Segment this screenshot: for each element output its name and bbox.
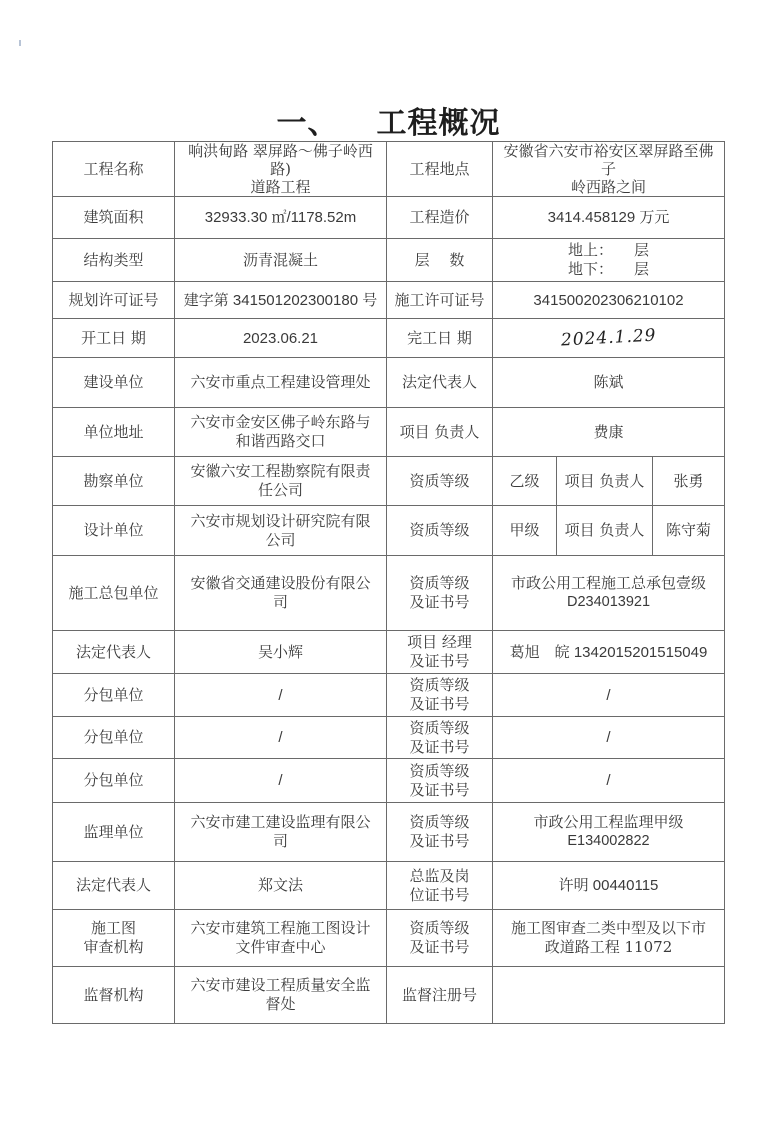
value-structure-type: 沥青混凝土	[175, 239, 387, 282]
table-row: 设计单位 六安市规划设计研究院有限公司 资质等级 甲级 项目 负责人 陈守菊	[53, 506, 725, 556]
label-floors: 层 数	[387, 239, 493, 282]
table-row: 分包单位 / 资质等级及证书号 /	[53, 759, 725, 803]
value-unit-address: 六安市金安区佛子岭东路与和谐西路交口	[175, 408, 387, 457]
label-survey-unit: 勘察单位	[53, 457, 175, 506]
line: 市政公用工程施工总承包壹级	[497, 574, 720, 593]
label-legal-rep: 法定代表人	[387, 358, 493, 408]
line: 安徽六安工程勘察院有限责	[179, 462, 382, 481]
table-row: 规划许可证号 建字第 341501202300180 号 施工许可证号 3415…	[53, 282, 725, 319]
label-project-name: 工程名称	[53, 142, 175, 197]
line: 资质等级	[391, 719, 488, 738]
line: 资质等级	[391, 676, 488, 695]
line: 公司	[179, 531, 382, 550]
page-title: 一、工程概况	[0, 98, 777, 142]
value-project-lead: 费康	[493, 408, 725, 457]
value-drawing-review-agency: 六安市建筑工程施工图设计文件审查中心	[175, 910, 387, 967]
floors-above-label: 地上：	[568, 241, 634, 260]
label-building-area: 建筑面积	[53, 197, 175, 239]
table-row: 建筑面积 32933.30 ㎡/1178.52m 工程造价 3414.45812…	[53, 197, 725, 239]
value-general-contractor: 安徽省交通建设股份有限公司	[175, 556, 387, 631]
value-supervision-legal-rep: 郑文法	[175, 862, 387, 910]
line: 响洪甸路 翠屏路～佛子岭西路)	[179, 142, 382, 178]
table-row: 监理单位 六安市建工建设监理有限公司 资质等级及证书号 市政公用工程监理甲级E1…	[53, 803, 725, 862]
line: 及证书号	[391, 938, 488, 957]
value-owner-unit: 六安市重点工程建设管理处	[175, 358, 387, 408]
label-project-manager-cert: 项目 经理及证书号	[387, 631, 493, 674]
line: 六安市建筑工程施工图设计	[179, 919, 382, 938]
value-construction-permit: 341500202306210102	[493, 282, 725, 319]
label-completion-date: 完工日 期	[387, 319, 493, 358]
line: 和谐西路交口	[179, 432, 382, 451]
label-legal-rep: 法定代表人	[53, 631, 175, 674]
handwritten-date: 2024.1.29	[560, 326, 656, 350]
line: 位证书号	[391, 886, 488, 905]
section-title: 工程概况	[377, 106, 501, 141]
scan-artifact	[19, 40, 21, 46]
value-contractor-legal-rep: 吴小辉	[175, 631, 387, 674]
line: 资质等级	[391, 574, 488, 593]
value-project-name: 响洪甸路 翠屏路～佛子岭西路)道路工程	[175, 142, 387, 197]
value-floors: 地上：层 地下：层	[493, 239, 725, 282]
value-project-location: 安徽省六安市裕安区翠屏路至佛子岭西路之间	[493, 142, 725, 197]
value-review-qualification: 施工图审查二类中型及以下市政道路工程 11072	[493, 910, 725, 967]
line: E134002822	[497, 832, 720, 851]
value-completion-date: 2024.1.29	[493, 319, 725, 358]
line: 安徽省交通建设股份有限公	[179, 574, 382, 593]
label-structure-type: 结构类型	[53, 239, 175, 282]
line: 总监及岗	[391, 867, 488, 886]
line: 政道路工程 11072	[497, 938, 720, 957]
line: 及证书号	[391, 738, 488, 757]
line: 资质等级	[391, 919, 488, 938]
value-survey-grade: 乙级	[493, 457, 557, 506]
label-qualification-cert: 资质等级及证书号	[387, 717, 493, 759]
line: 及证书号	[391, 781, 488, 800]
value-project-manager-cert: 葛旭 皖 1342015201515049	[493, 631, 725, 674]
value-planning-permit: 建字第 341501202300180 号	[175, 282, 387, 319]
value-legal-rep: 陈斌	[493, 358, 725, 408]
line: 文件审查中心	[179, 938, 382, 957]
line: 司	[179, 832, 382, 851]
label-design-lead: 项目 负责人	[557, 506, 653, 556]
table-row: 单位地址 六安市金安区佛子岭东路与和谐西路交口 项目 负责人 费康	[53, 408, 725, 457]
line: 项目 经理	[391, 633, 488, 652]
value-subcontractor-qualification: /	[493, 674, 725, 717]
line: 六安市金安区佛子岭东路与	[179, 413, 382, 432]
line: 及证书号	[391, 652, 488, 671]
table-row: 法定代表人 吴小辉 项目 经理及证书号 葛旭 皖 134201520151504…	[53, 631, 725, 674]
table-row: 勘察单位 安徽六安工程勘察院有限责任公司 资质等级 乙级 项目 负责人 张勇	[53, 457, 725, 506]
line: 六安市规划设计研究院有限	[179, 512, 382, 531]
table-row: 施工图审查机构 六安市建筑工程施工图设计文件审查中心 资质等级及证书号 施工图审…	[53, 910, 725, 967]
label-qualification: 资质等级	[387, 506, 493, 556]
label-start-date: 开工日 期	[53, 319, 175, 358]
label-supervision-reg-no: 监督注册号	[387, 967, 493, 1024]
value-survey-lead: 张勇	[653, 457, 725, 506]
table-row: 建设单位 六安市重点工程建设管理处 法定代表人 陈斌	[53, 358, 725, 408]
value-design-grade: 甲级	[493, 506, 557, 556]
value-design-lead: 陈守菊	[653, 506, 725, 556]
label-qualification: 资质等级	[387, 457, 493, 506]
label-project-cost: 工程造价	[387, 197, 493, 239]
line: 及证书号	[391, 695, 488, 714]
label-qualification-cert: 资质等级及证书号	[387, 556, 493, 631]
label-general-contractor: 施工总包单位	[53, 556, 175, 631]
label-owner-unit: 建设单位	[53, 358, 175, 408]
line: 资质等级	[391, 762, 488, 781]
label-supervision-unit: 监理单位	[53, 803, 175, 862]
line: 道路工程	[179, 178, 382, 196]
value-start-date: 2023.06.21	[175, 319, 387, 358]
line: 及证书号	[391, 832, 488, 851]
value-project-cost: 3414.458129 万元	[493, 197, 725, 239]
floors-above-unit: 层	[634, 241, 649, 259]
table-row: 结构类型 沥青混凝土 层 数 地上：层 地下：层	[53, 239, 725, 282]
label-qualification-cert: 资质等级及证书号	[387, 910, 493, 967]
label-design-unit: 设计单位	[53, 506, 175, 556]
value-subcontractor-qualification: /	[493, 717, 725, 759]
line: 六安市建工建设监理有限公	[179, 813, 382, 832]
line: 安徽省六安市裕安区翠屏路至佛子	[497, 142, 720, 178]
table-row: 监督机构 六安市建设工程质量安全监督处 监督注册号	[53, 967, 725, 1024]
line: 审查机构	[57, 938, 170, 957]
table-row: 法定代表人 郑文法 总监及岗位证书号 许明 00440115	[53, 862, 725, 910]
label-subcontractor: 分包单位	[53, 717, 175, 759]
table-row: 工程名称 响洪甸路 翠屏路～佛子岭西路)道路工程 工程地点 安徽省六安市裕安区翠…	[53, 142, 725, 197]
line: 施工图	[57, 919, 170, 938]
label-unit-address: 单位地址	[53, 408, 175, 457]
value-supervision-qualification: 市政公用工程监理甲级E134002822	[493, 803, 725, 862]
table-row: 分包单位 / 资质等级及证书号 /	[53, 674, 725, 717]
value-building-area: 32933.30 ㎡/1178.52m	[175, 197, 387, 239]
label-construction-permit: 施工许可证号	[387, 282, 493, 319]
value-supervision-unit: 六安市建工建设监理有限公司	[175, 803, 387, 862]
value-subcontractor: /	[175, 717, 387, 759]
line: 六安市建设工程质量安全监	[179, 976, 382, 995]
line: 施工图审查二类中型及以下市	[497, 919, 720, 938]
label-planning-permit: 规划许可证号	[53, 282, 175, 319]
label-subcontractor: 分包单位	[53, 674, 175, 717]
label-project-location: 工程地点	[387, 142, 493, 197]
table-row: 施工总包单位 安徽省交通建设股份有限公司 资质等级及证书号 市政公用工程施工总承…	[53, 556, 725, 631]
value-subcontractor: /	[175, 759, 387, 803]
table-row: 分包单位 / 资质等级及证书号 /	[53, 717, 725, 759]
label-supervision-agency: 监督机构	[53, 967, 175, 1024]
line: 任公司	[179, 481, 382, 500]
label-legal-rep: 法定代表人	[53, 862, 175, 910]
label-qualification-cert: 资质等级及证书号	[387, 674, 493, 717]
label-subcontractor: 分包单位	[53, 759, 175, 803]
section-number: 一、	[277, 106, 339, 141]
label-qualification-cert: 资质等级及证书号	[387, 759, 493, 803]
line: D234013921	[497, 593, 720, 612]
label-survey-lead: 项目 负责人	[557, 457, 653, 506]
project-overview-table: 工程名称 响洪甸路 翠屏路～佛子岭西路)道路工程 工程地点 安徽省六安市裕安区翠…	[52, 141, 725, 1024]
line: 督处	[179, 995, 382, 1014]
value-supervision-agency: 六安市建设工程质量安全监督处	[175, 967, 387, 1024]
label-qualification-cert: 资质等级及证书号	[387, 803, 493, 862]
value-design-unit: 六安市规划设计研究院有限公司	[175, 506, 387, 556]
value-subcontractor-qualification: /	[493, 759, 725, 803]
label-project-lead: 项目 负责人	[387, 408, 493, 457]
line: 市政公用工程监理甲级	[497, 813, 720, 832]
value-survey-unit: 安徽六安工程勘察院有限责任公司	[175, 457, 387, 506]
value-chief-supervisor-cert: 许明 00440115	[493, 862, 725, 910]
value-contractor-qualification: 市政公用工程施工总承包壹级D234013921	[493, 556, 725, 631]
value-supervision-reg-no	[493, 967, 725, 1024]
line: 及证书号	[391, 593, 488, 612]
label-chief-supervisor-cert: 总监及岗位证书号	[387, 862, 493, 910]
floors-below-label: 地下：	[568, 260, 634, 279]
label-drawing-review-agency: 施工图审查机构	[53, 910, 175, 967]
value-subcontractor: /	[175, 674, 387, 717]
floors-below-unit: 层	[634, 260, 649, 278]
line: 司	[179, 593, 382, 612]
line: 资质等级	[391, 813, 488, 832]
line: 岭西路之间	[497, 178, 720, 196]
table-row: 开工日 期 2023.06.21 完工日 期 2024.1.29	[53, 319, 725, 358]
